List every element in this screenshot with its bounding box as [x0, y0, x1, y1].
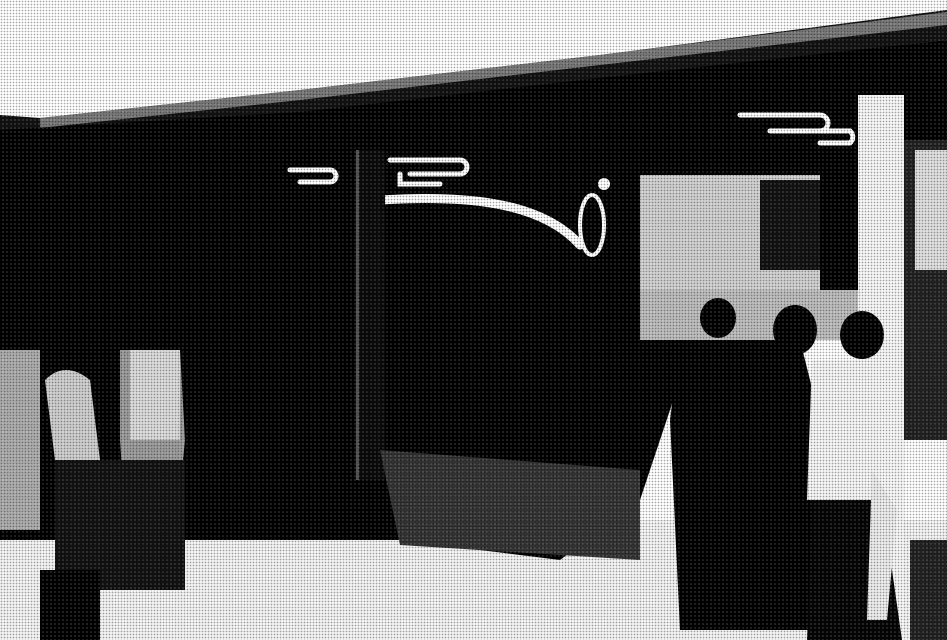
post [355, 150, 385, 480]
window-lower [640, 290, 860, 340]
bracket-disc [598, 178, 610, 190]
right-panel [915, 150, 947, 270]
post-edge [356, 150, 359, 480]
photo-scene [0, 0, 947, 640]
window-dark [760, 180, 820, 270]
